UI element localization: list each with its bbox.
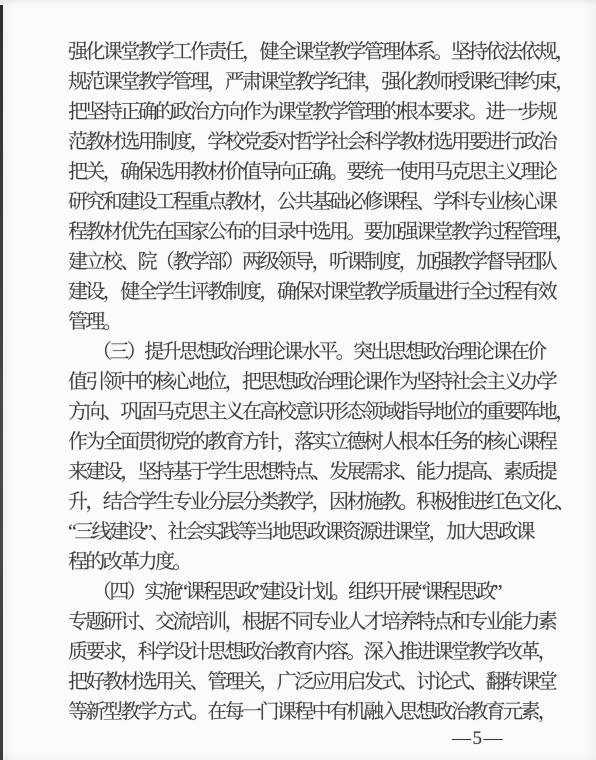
text-line: 作为全面贯彻党的教育方针，落实立德树人根本任务的核心课程 xyxy=(68,427,580,457)
text-line: 把好教材选用关、管理关，广泛应用启发式、讨论式、翻转课堂 xyxy=(68,667,580,697)
text-line: 质要求，科学设计思想政治教育内容。深入推进课堂教学改革， xyxy=(68,637,580,667)
text-line: 来建设，坚持基于学生思想特点、发展需求、能力提高、素质提 xyxy=(68,457,580,487)
text-line: 建设，健全学生评教制度，确保对课堂教学质量进行全过程有效 xyxy=(68,277,580,307)
text-line: 程教材优先在国家公布的目录中选用。要加强课堂教学过程管理， xyxy=(68,217,580,247)
document-body: 强化课堂教学工作责任，健全课堂教学管理体系。坚持依法依规，规范课堂教学管理，严肃… xyxy=(68,37,580,727)
text-line: 程的改革力度。 xyxy=(68,547,580,577)
scan-edge-artifact xyxy=(0,5,3,760)
text-line: （四）实施“课程思政”建设计划。组织开展“课程思政” xyxy=(68,577,580,607)
text-line: 范教材选用制度，学校党委对哲学社会科学教材选用要进行政治 xyxy=(68,127,580,157)
text-line: 把关，确保选用教材价值导向正确。要统一使用马克思主义理论 xyxy=(68,157,580,187)
text-line: 研究和建设工程重点教材，公共基础必修课程、学科专业核心课 xyxy=(68,187,580,217)
page-number: —5— xyxy=(452,728,504,750)
text-line: “三线建设”、社会实践等当地思政课资源进课堂，加大思政课 xyxy=(68,517,580,547)
scanned-document-page: 强化课堂教学工作责任，健全课堂教学管理体系。坚持依法依规，规范课堂教学管理，严肃… xyxy=(0,0,596,760)
text-line: 升，结合学生专业分层分类教学，因材施教。积极推进红色文化、 xyxy=(68,487,580,517)
text-line: 值引领中的核心地位，把思想政治理论课作为坚持社会主义办学 xyxy=(68,367,580,397)
text-line: 规范课堂教学管理，严肃课堂教学纪律，强化教师授课纪律约束， xyxy=(68,67,580,97)
text-line: （三）提升思想政治理论课水平。突出思想政治理论课在价 xyxy=(68,337,580,367)
text-line: 强化课堂教学工作责任，健全课堂教学管理体系。坚持依法依规， xyxy=(68,37,580,67)
text-line: 把坚持正确的政治方向作为课堂教学管理的根本要求。进一步规 xyxy=(68,97,580,127)
text-line: 管理。 xyxy=(68,307,580,337)
text-line: 方向、巩固马克思主义在高校意识形态领域指导地位的重要阵地， xyxy=(68,397,580,427)
text-line: 建立校、院（教学部）两级领导，听课制度，加强教学督导团队 xyxy=(68,247,580,277)
text-line: 专题研讨、交流培训，根据不同专业人才培养特点和专业能力素 xyxy=(68,607,580,637)
text-line: 等新型教学方式。在每一门课程中有机融入思想政治教育元素， xyxy=(68,697,580,727)
